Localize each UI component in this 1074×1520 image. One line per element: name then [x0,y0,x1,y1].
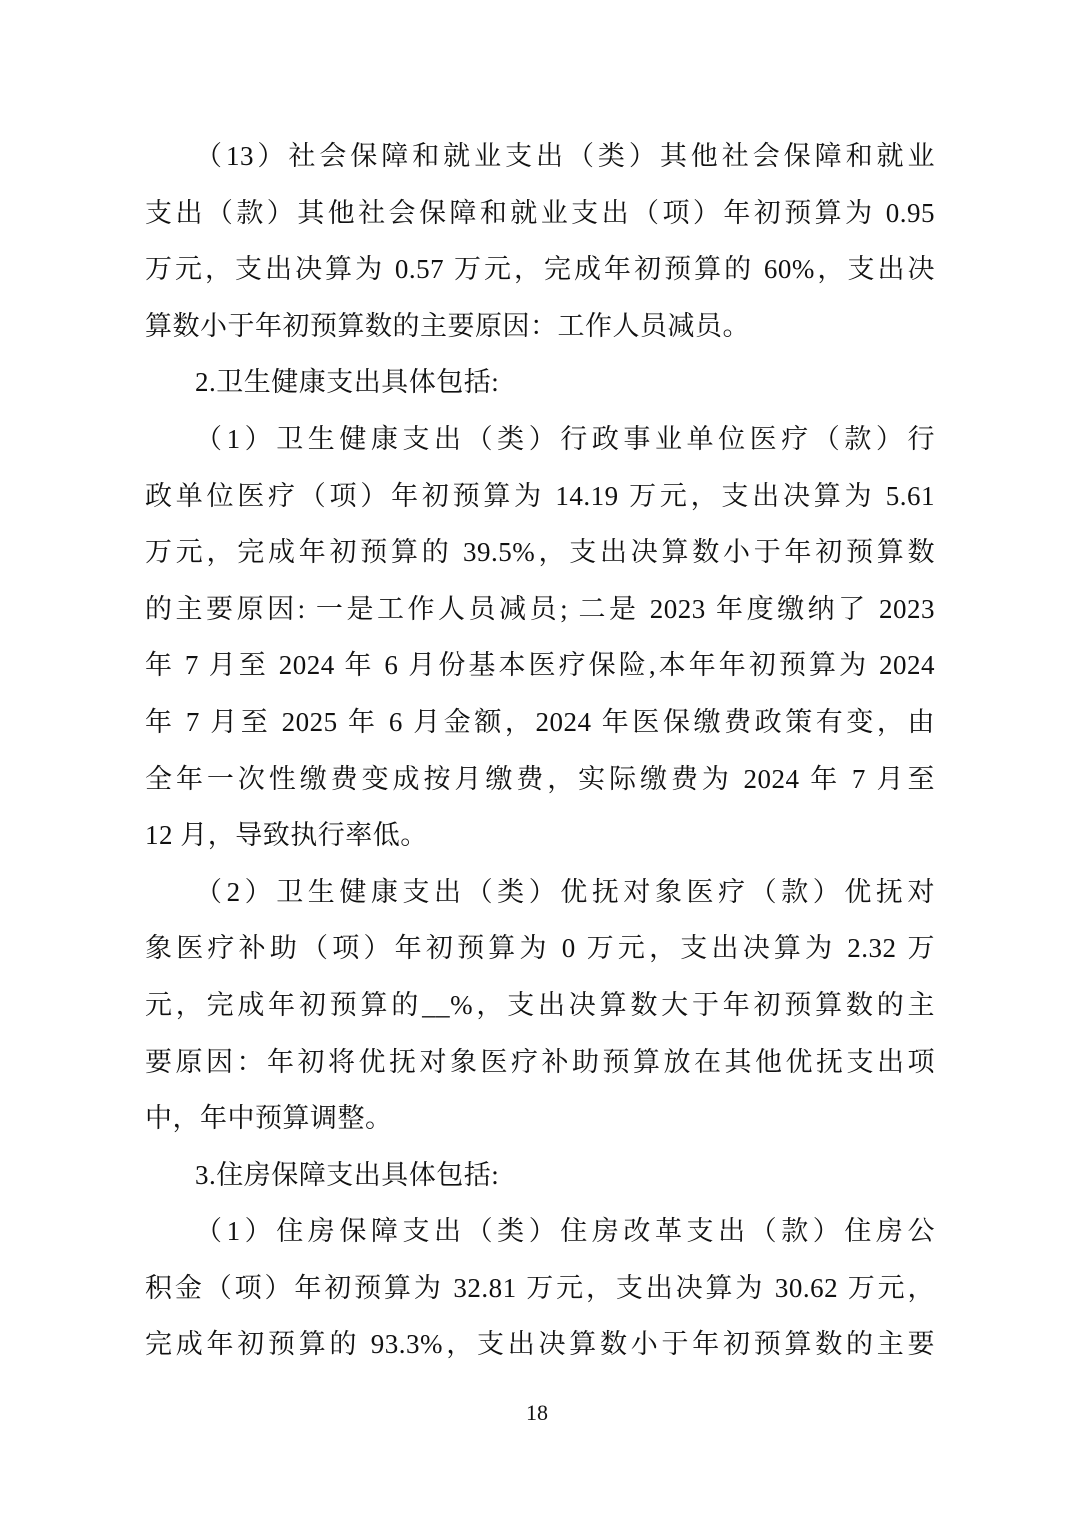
text-line: 支出（款）其他社会保障和就业支出（项）年初预算为 0.95 [145,185,935,242]
text-line: 12 月，导致执行率低。 [145,807,935,864]
text-line: 万元，支出决算为 0.57 万元，完成年初预算的 60%，支出决 [145,241,935,298]
text-line: 3.住房保障支出具体包括: [145,1147,935,1204]
document-page: （13）社会保障和就业支出（类）其他社会保障和就业支出（款）其他社会保障和就业支… [0,0,1074,1520]
text-line: 算数小于年初预算数的主要原因：工作人员减员。 [145,298,935,355]
text-line: 象医疗补助（项）年初预算为 0 万元，支出决算为 2.32 万 [145,920,935,977]
text-line: 积金（项）年初预算为 32.81 万元，支出决算为 30.62 万元， [145,1260,935,1317]
text-line: 要原因：年初将优抚对象医疗补助预算放在其他优抚支出项 [145,1034,935,1091]
text-line: 万元，完成年初预算的 39.5%，支出决算数小于年初预算数 [145,524,935,581]
text-line: 政单位医疗（项）年初预算为 14.19 万元，支出决算为 5.61 [145,468,935,525]
text-line: （13）社会保障和就业支出（类）其他社会保障和就业 [145,128,935,185]
text-line: （1）住房保障支出（类）住房改革支出（款）住房公 [145,1203,935,1260]
text-line: 元，完成年初预算的__%，支出决算数大于年初预算数的主 [145,977,935,1034]
text-line: 的主要原因: 一是工作人员减员; 二是 2023 年度缴纳了 2023 [145,581,935,638]
text-line: 2.卫生健康支出具体包括: [145,354,935,411]
text-line: （1）卫生健康支出（类）行政事业单位医疗（款）行 [145,411,935,468]
text-line: 完成年初预算的 93.3%，支出决算数小于年初预算数的主要 [145,1316,935,1373]
text-line: 年 7 月至 2025 年 6 月金额，2024 年医保缴费政策有变，由 [145,694,935,751]
text-line: 年 7 月至 2024 年 6 月份基本医疗保险,本年年初预算为 2024 [145,637,935,694]
text-line: 中，年中预算调整。 [145,1090,935,1147]
page-number: 18 [0,1398,1074,1428]
text-line: （2）卫生健康支出（类）优抚对象医疗（款）优抚对 [145,864,935,921]
document-body: （13）社会保障和就业支出（类）其他社会保障和就业支出（款）其他社会保障和就业支… [145,128,935,1373]
text-line: 全年一次性缴费变成按月缴费，实际缴费为 2024 年 7 月至 [145,751,935,808]
